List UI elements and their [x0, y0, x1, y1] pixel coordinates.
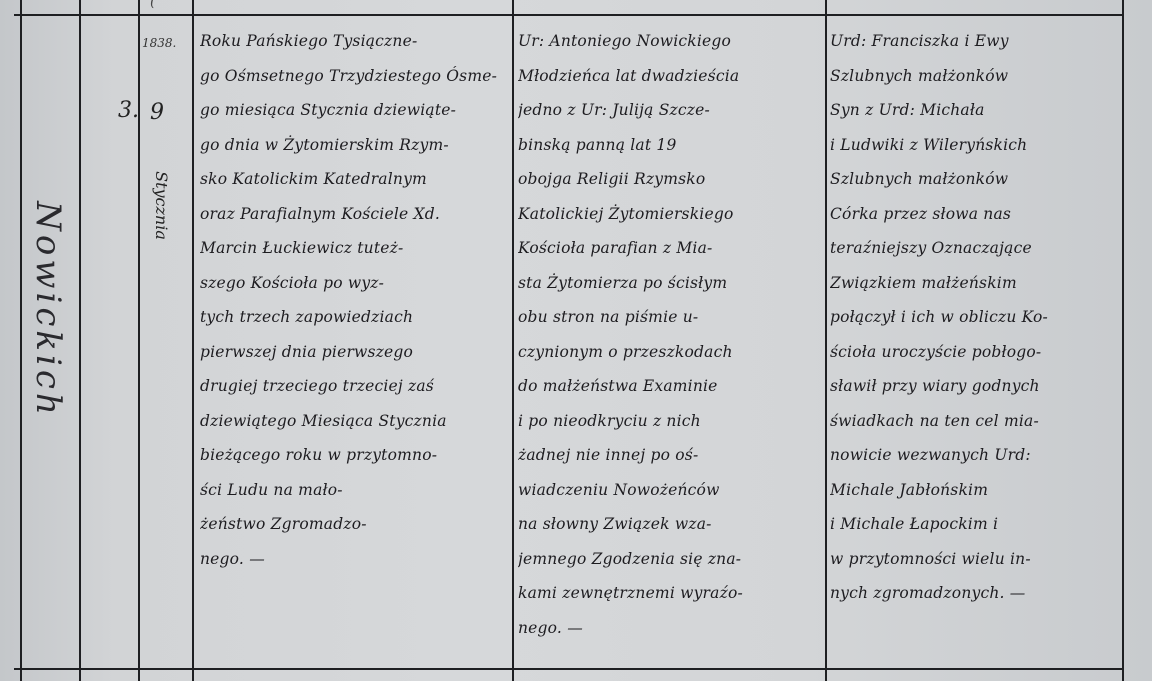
text-line: Córka przez słowa nas: [830, 197, 1120, 232]
entry-year: 1838.: [142, 36, 176, 50]
column-rule-6: [825, 0, 827, 681]
entry-number: 3.: [118, 98, 139, 123]
groom-bride-column: Ur: Antoniego Nowickiego Młodzieńca lat …: [518, 24, 823, 645]
text-line: nych zgromadzonych. —: [830, 576, 1120, 611]
text-line: świadkach na ten cel mia-: [830, 404, 1120, 439]
text-line: szego Kościoła po wyz-: [200, 266, 510, 301]
text-line: Urd: Franciszka i Ewy: [830, 24, 1120, 59]
text-line: nego. —: [518, 611, 823, 646]
text-line: wiadczeniu Nowożeńców: [518, 473, 823, 508]
text-line: w przytomności wielu in-: [830, 542, 1120, 577]
text-line: Katolickiej Żytomierskiego: [518, 197, 823, 232]
column-rule-2: [79, 0, 81, 681]
text-line: ści Ludu na mało-: [200, 473, 510, 508]
text-line: jemnego Zgodzenia się zna-: [518, 542, 823, 577]
text-line: tych trzech zapowiedziach: [200, 300, 510, 335]
text-line: żadnej nie innej po oś-: [518, 438, 823, 473]
parents-witnesses-column: Urd: Franciszka i Ewy Szlubnych małżonkó…: [830, 24, 1120, 611]
ceremony-column: Roku Pańskiego Tysiączne- go Ośmsetnego …: [200, 24, 510, 576]
text-line: Związkiem małżeńskim: [830, 266, 1120, 301]
top-row-rule: [14, 14, 1124, 16]
column-rule-5: [512, 0, 514, 681]
text-line: oraz Parafialnym Kościele Xd.: [200, 197, 510, 232]
column-rule-4: [192, 0, 194, 681]
text-line: go miesiąca Stycznia dziewiąte-: [200, 93, 510, 128]
entry-month: Stycznia: [131, 175, 191, 235]
text-line: i po nieodkryciu z nich: [518, 404, 823, 439]
text-line: teraźniejszy Oznaczające: [830, 231, 1120, 266]
text-line: i Michale Łapockim i: [830, 507, 1120, 542]
entry-month-text: Stycznia: [152, 171, 171, 240]
text-line: Kościoła parafian z Mia-: [518, 231, 823, 266]
text-line: Ur: Antoniego Nowickiego: [518, 24, 823, 59]
text-line: go dnia w Żytomierskim Rzym-: [200, 128, 510, 163]
margin-surname: Nowickich: [18, 160, 78, 460]
text-line: Roku Pańskiego Tysiączne-: [200, 24, 510, 59]
text-line: żeństwo Zgromadzo-: [200, 507, 510, 542]
text-line: sko Katolickim Katedralnym: [200, 162, 510, 197]
text-line: Michale Jabłońskim: [830, 473, 1120, 508]
text-line: sławił przy wiary godnych: [830, 369, 1120, 404]
text-line: nowicie wezwanych Urd:: [830, 438, 1120, 473]
text-line: Szlubnych małżonków: [830, 59, 1120, 94]
text-line: go Ośmsetnego Trzydziestego Ósme-: [200, 59, 510, 94]
entry-day: 9: [150, 100, 164, 125]
text-line: jedno z Ur: Juliją Szcze-: [518, 93, 823, 128]
text-line: binską panną lat 19: [518, 128, 823, 163]
text-line: Marcin Łuckiewicz tuteż-: [200, 231, 510, 266]
text-line: ścioła uroczyście pobłogo-: [830, 335, 1120, 370]
text-line: obojga Religii Rzymsko: [518, 162, 823, 197]
bottom-row-rule: [14, 668, 1124, 670]
text-line: na słowny Związek wza-: [518, 507, 823, 542]
text-line: sta Żytomierza po ścisłym: [518, 266, 823, 301]
text-line: Młodzieńca lat dwadzieścia: [518, 59, 823, 94]
text-line: Szlubnych małżonków: [830, 162, 1120, 197]
text-line: do małżeństwa Examinie: [518, 369, 823, 404]
text-line: drugiej trzeciego trzeciej zaś: [200, 369, 510, 404]
text-line: bieżącego roku w przytomno-: [200, 438, 510, 473]
previous-entry-mark: (: [150, 0, 155, 10]
margin-surname-text: Nowickich: [28, 201, 68, 419]
text-line: kami zewnętrznemi wyraźo-: [518, 576, 823, 611]
text-line: połączył i ich w obliczu Ko-: [830, 300, 1120, 335]
text-line: obu stron na piśmie u-: [518, 300, 823, 335]
column-rule-7: [1122, 0, 1124, 681]
text-line: nego. —: [200, 542, 510, 577]
text-line: dziewiątego Miesiąca Stycznia: [200, 404, 510, 439]
text-line: Syn z Urd: Michała: [830, 93, 1120, 128]
text-line: czynionym o przeszkodach: [518, 335, 823, 370]
text-line: pierwszej dnia pierwszego: [200, 335, 510, 370]
register-page: ( Nowickich 3. 1838. 9 Stycznia Roku Pań…: [0, 0, 1152, 681]
text-line: i Ludwiki z Wileryńskich: [830, 128, 1120, 163]
